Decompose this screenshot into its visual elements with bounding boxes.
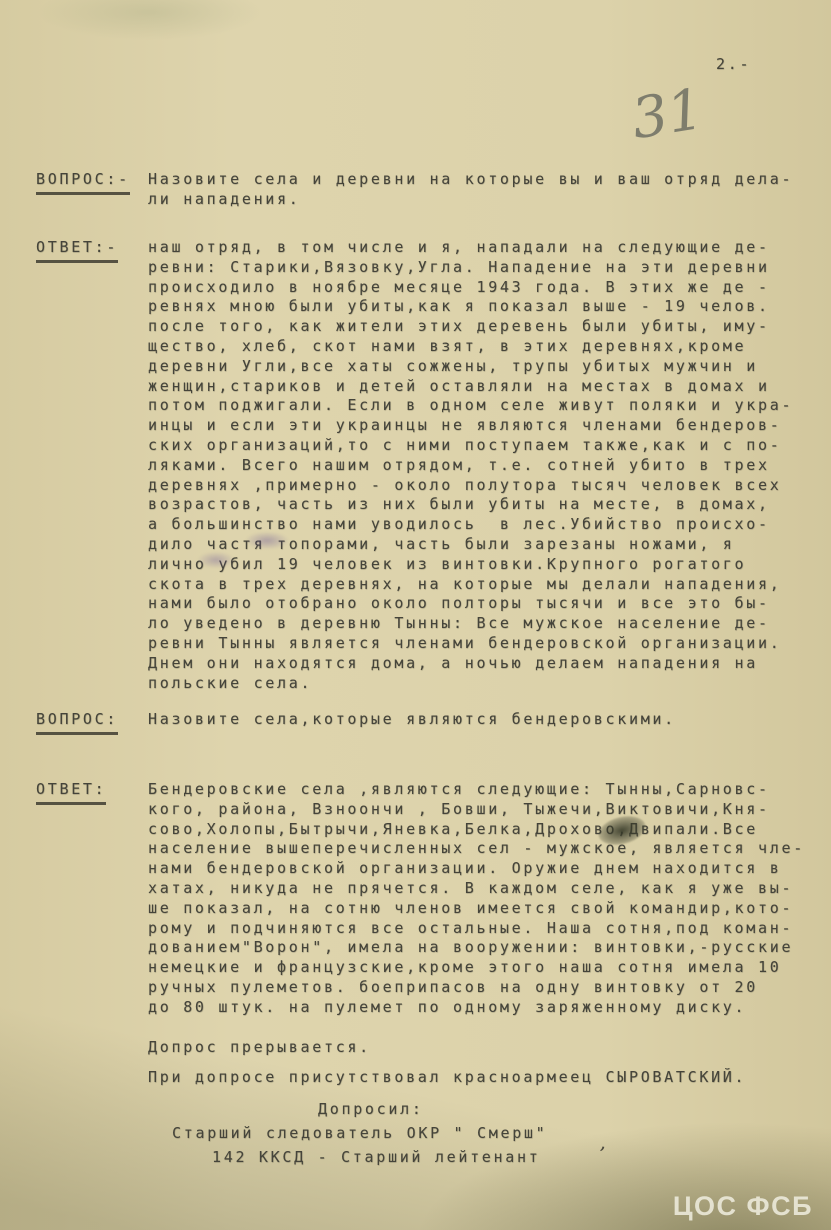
text-line: потом поджигали. Если в одном селе живут… xyxy=(148,396,793,416)
text-line: наш отряд, в том числе и я, нападали на … xyxy=(148,238,793,258)
text-line: ревнях мною были убиты,как я показал выш… xyxy=(148,297,793,317)
text-line: ли нападения. xyxy=(148,190,793,210)
text-line: после того, как жители этих деревень был… xyxy=(148,317,793,337)
archive-watermark: ЦОС ФСБ xyxy=(673,1191,813,1222)
violet-ink-smudge xyxy=(246,532,288,549)
text-line: ревни Тынны является членами бендеровско… xyxy=(148,634,793,654)
text-line: кого, района, Взноончи , Бовши, Тыжечи,В… xyxy=(148,800,805,820)
text-line: щество, хлеб, скот нами взят, в этих дер… xyxy=(148,337,793,357)
text-line: ревни: Старики,Вязовку,Угла. Нападение н… xyxy=(148,258,793,278)
violet-ink-smudge xyxy=(198,552,234,568)
question-2-label: ВОПРОС: xyxy=(36,710,118,735)
page-number: 2.- xyxy=(716,55,751,75)
text-line: нами бендеровской организации. Оружие дн… xyxy=(148,859,805,879)
text-line: женщин,стариков и детей оставляли на мес… xyxy=(148,377,793,397)
text-line: сово,Холопы,Бытрычи,Яневка,Белка,Дрохово… xyxy=(148,820,805,840)
scanned-interrogation-page: 2.- 31 ВОПРОС:- Назовите села и деревни … xyxy=(0,0,831,1230)
investigator-signature-line: Старший следователь ОКР " Смерш" xyxy=(172,1124,547,1144)
text-line: ляками. Всего нашим отрядом, т.е. сотней… xyxy=(148,456,793,476)
text-line: инцы и если эти украинцы не являются чле… xyxy=(148,416,793,436)
text-line: нами было отобрано около полторы тысячи … xyxy=(148,594,793,614)
text-line: дованием"Ворон", имела на вооружении: ви… xyxy=(148,938,805,958)
answer-2-text: Бендеровские села ,являются следующие: Т… xyxy=(148,780,805,1018)
text-line: происходило в ноябре месяце 1943 года. В… xyxy=(148,278,793,298)
witness-line: При допросе присутствовал красноармеец С… xyxy=(148,1068,746,1088)
text-line: население вышеперечисленных сел - мужско… xyxy=(148,839,805,859)
text-line: ручных пулеметов. боеприпасов на одну ви… xyxy=(148,978,805,998)
question-1-label: ВОПРОС:- xyxy=(36,170,130,195)
answer-1-label: ОТВЕТ:- xyxy=(36,238,118,263)
text-line: а большинство нами уводилось в лес.Убийс… xyxy=(148,515,793,535)
handwritten-folio-number: 31 xyxy=(627,77,708,152)
handwritten-tick-mark: ’ xyxy=(596,1142,607,1167)
text-line: Бендеровские села ,являются следующие: Т… xyxy=(148,780,805,800)
question-2-text: Назовите села,которые являются бендеровс… xyxy=(148,710,676,730)
unit-rank-line: 142 ККСД - Старший лейтенант xyxy=(212,1148,540,1168)
text-line: немецкие и французские,кроме этого наша … xyxy=(148,958,805,978)
answer-2-label: ОТВЕТ: xyxy=(36,780,106,805)
text-line: ских организаций,то с ними поступаем так… xyxy=(148,436,793,456)
text-line: ше показал, на сотню членов имеется свой… xyxy=(148,899,805,919)
question-1-text: Назовите села и деревни на которые вы и … xyxy=(148,170,793,210)
answer-1-text: наш отряд, в том числе и я, нападали на … xyxy=(148,238,793,693)
text-line: возрастов, часть из них были убиты на ме… xyxy=(148,495,793,515)
text-line: польские села. xyxy=(148,674,793,694)
text-line: хатах, никуда не прячется. В каждом селе… xyxy=(148,879,805,899)
text-line: деревнях ,примерно - около полутора тыся… xyxy=(148,476,793,496)
text-line: лично убил 19 человек из винтовки.Крупно… xyxy=(148,555,793,575)
text-line: дило частя топорами, часть были зарезаны… xyxy=(148,535,793,555)
interrogated-by-label: Допросил: xyxy=(318,1100,424,1120)
text-line: деревни Угли,все хаты сожжены, трупы уби… xyxy=(148,357,793,377)
text-line: Назовите села и деревни на которые вы и … xyxy=(148,170,793,190)
text-line: до 80 штук. на пулемет по одному заряжен… xyxy=(148,998,805,1018)
text-line: ло уведено в деревню Тынны: Все мужское … xyxy=(148,614,793,634)
text-line: Назовите села,которые являются бендеровс… xyxy=(148,710,676,730)
text-line: рому и подчиняются все остальные. Наша с… xyxy=(148,919,805,939)
text-line: скота в трех деревнях, на которые мы дел… xyxy=(148,575,793,595)
interrogation-interrupted-line: Допрос прерывается. xyxy=(148,1038,371,1058)
text-line: Днем они находятся дома, а ночью делаем … xyxy=(148,654,793,674)
